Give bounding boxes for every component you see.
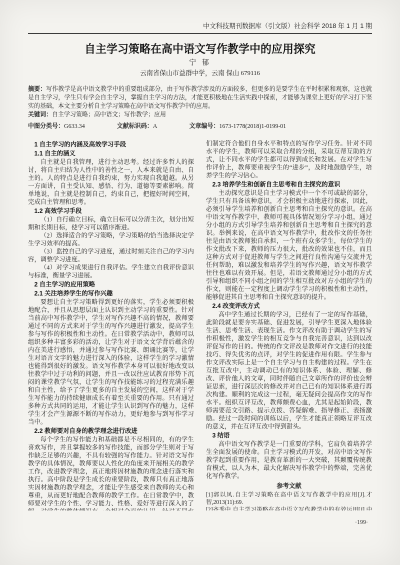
section-heading: 3 结语 <box>206 432 372 440</box>
paragraph: 们制定符合他们自身水平和特点的写作学习任务。针对不同水平的学生，教师可以采取合理… <box>206 140 372 180</box>
reference-item: [1]郭以凤.自主学习策略在高中语文写作教学中的应用[J].才智,2013(11… <box>206 491 372 506</box>
column-right: 们制定符合他们自身水平和特点的写作学习任务。针对不同水平的学生，教师可以采取合理… <box>206 140 372 511</box>
paragraph: （3）监控自己的学习进度，通过时刻关注自己的学习内容，调整学习进度。 <box>28 248 194 264</box>
abstract: 摘要：写作教学是高中语文教学中的重要组成部分，由于写作教学涉及的方面较多，但更多… <box>28 85 372 111</box>
header-divider <box>28 33 372 34</box>
abstract-block: 摘要：写作教学是高中语文教学中的重要组成部分，由于写作教学涉及的方面较多，但更多… <box>28 85 372 131</box>
abstract-text: 写作教学是高中语文教学中的重要组成部分，由于写作教学涉及的方面较多，但更多的是要… <box>28 86 372 110</box>
section-heading: 2.4 改变评改方式 <box>206 302 372 310</box>
keywords: 关键词：自主学习策略；高中语文；写作教学；应用 <box>28 111 372 120</box>
section-heading: 2.1 关注培养学生的写作兴趣 <box>28 290 194 298</box>
section-heading: 2.3 培养学生和创新自主思考和自主探究的意识 <box>206 181 372 189</box>
references-heading: 参考文献 <box>206 482 372 490</box>
page-title: 自主学习策略在高中语文写作教学中的应用探究 <box>28 42 372 56</box>
section-heading: 1.1 自主的涵义 <box>28 150 194 158</box>
reference-item: [2]齐秀中.自主学习策略在高中语文写作教学中的有效运用[J].中外企业家,20… <box>206 506 372 511</box>
section-heading: 1.2 高效学习手段 <box>28 207 194 215</box>
section-heading: 2.2 教师要对自身的教学理念进行改进 <box>28 427 194 435</box>
article-body: 1 自主学习的内涵及高效学习手段1.1 自主的涵义自主就是自我管理，进行主动思考… <box>28 140 372 511</box>
section-heading: 1 自主学习的内涵及高效学习手段 <box>28 141 194 149</box>
journal-header: 中文科技期刊数据库（引文版）社会科学 2018 年 1 月 1 期 <box>28 22 372 30</box>
paragraph: 高中学生通过长期的学习，已经有了一定的写作基础，此阶段就是要夯实基础、促进发展，… <box>206 311 372 431</box>
section-heading: 2 自主学习的应用策略 <box>28 281 194 289</box>
author-name: 宁 郁 <box>28 59 372 67</box>
column-left: 1 自主学习的内涵及高效学习手段1.1 自主的涵义自主就是自我管理，进行主动思考… <box>28 140 194 511</box>
keywords-text: 自主学习策略；高中语文；写作教学；应用 <box>52 111 166 118</box>
paragraph: 每个学生的写作能力和基础都是不尽相同的，有的学生喜欢写作，并且掌握较多的写作技能… <box>28 436 194 511</box>
paragraph: 要想让自主学习策略得到更好的落实，学生必须要积极地配合，并且从思想层面上认识到主… <box>28 298 194 426</box>
document-code: 文献标识码：A <box>117 122 157 131</box>
article-meta: 中图分类号：G633.34 文献标识码：A 文章编号：1673-1778(201… <box>28 122 372 131</box>
article-id: 文章编号：1673-1778(2018)1-0199-01 <box>189 122 286 131</box>
abstract-label: 摘要： <box>28 86 46 93</box>
page-number: ·199· <box>355 519 368 527</box>
author-affiliation: 云南省保山市益群中学，云南 保山 679116 <box>28 69 372 77</box>
paragraph: （1）自行确立目标，确立目标可以分清主次，划分出短期和长期目标，使学习可以循序渐… <box>28 216 194 232</box>
paragraph: 主动探究意识是自主学习模式中一个不可或缺的部分，学生只有具备该种意识，才会积极主… <box>206 189 372 301</box>
paper-page: 中文科技期刊数据库（引文版）社会科学 2018 年 1 月 1 期 自主学习策略… <box>0 0 400 565</box>
paragraph: （2）选择适合的学习策略，学习策略的恰当选择决定学生学习效率的提高。 <box>28 232 194 248</box>
paragraph: 高中语文写作教学是一门重要的学科，它肩负着培养学生全面发展的使命。自主学习模式的… <box>206 440 372 480</box>
clc-number: 中图分类号：G633.34 <box>28 122 85 131</box>
keywords-label: 关键词： <box>28 111 52 118</box>
paragraph: （4）对学习成果进行自我评估。学生建立自我评价意识与标准，衡量学习进展。 <box>28 264 194 280</box>
paragraph: 自主就是自我管理，进行主动思考。经过许多哲人的探讨，将自主归结为人性中的善性之一… <box>28 158 194 206</box>
